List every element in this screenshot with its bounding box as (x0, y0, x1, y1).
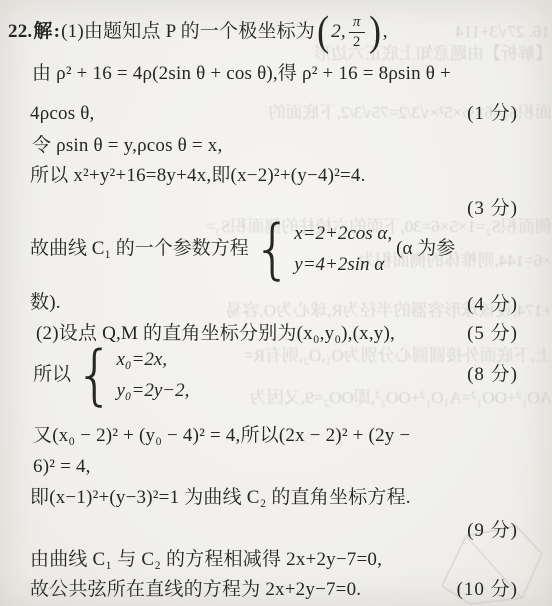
solution-line: 4ρcos θ, (30, 102, 95, 126)
problem-number: 22. (8, 20, 32, 44)
open-paren: ( (317, 11, 329, 53)
equation-y: y=4+2sin α (294, 253, 392, 277)
equation-column: x=2+2cos α, y=4+2sin α (294, 222, 392, 277)
solution-line: 由 ρ² + 16 = 4ρ(2sin θ + cos θ),得 ρ² + 16… (32, 62, 451, 86)
bleed-through-text: 16. 27√3+114 (380, 20, 550, 44)
solution-line: 6)² = 4, (33, 455, 91, 479)
equation-x: x=2+2cos α, (294, 222, 392, 246)
line-text: 所以 (33, 363, 71, 387)
line-text: (1)由题知点 P 的一个极坐标为 (61, 20, 315, 44)
score-mark-9: (9 分) (467, 519, 518, 543)
solution-line: 即(x−1)²+(y−3)²=1 为曲线 C₂ 的直角坐标方程. (30, 486, 411, 510)
equation-x0: x₀=2x, (116, 348, 189, 372)
solution-line: 又(x₀ − 2)² + (y₀ − 4)² = 4,所以(2x − 2)² +… (33, 424, 410, 448)
equation-y0: y₀=2y−2, (116, 379, 189, 403)
solution-line: 由曲线 C₁ 与 C₂ 的方程相减得 2x+2y−7=0, (30, 548, 382, 572)
comma: , (383, 20, 388, 44)
score-mark-8: (8 分) (467, 363, 518, 387)
solution-line: 所以 x²+y²+16=8y+4x,即(x−2)²+(y−4)²=4. (30, 164, 366, 188)
close-paren: ) (369, 11, 381, 53)
equation-column: x₀=2x, y₀=2y−2, (116, 348, 189, 403)
fraction-numerator: π (349, 14, 365, 33)
colon: : (54, 20, 61, 44)
score-mark-1: (1 分) (467, 102, 518, 126)
solution-line: 故公共弦所在直线的方程为 2x+2y−7=0. (30, 578, 361, 602)
solution-label: 解 (33, 20, 52, 44)
brace-left: { (253, 216, 292, 281)
brace-left: { (75, 342, 114, 407)
substitution-system: 所以 { x₀=2x, y₀=2y−2, (33, 342, 189, 408)
score-mark-4: (4 分) (467, 293, 518, 317)
score-mark-3: (3 分) (467, 197, 518, 221)
solution-header-line: 22. 解 : (1)由题知点 P 的一个极坐标为 ( 2, π 2 ) , (8, 6, 388, 58)
parametric-system: 故曲线 C₁ 的一个参数方程 { x=2+2cos α, y=4+2sin α … (30, 213, 455, 285)
scanned-answer-page: 16. 27√3+114 【解析】由题意知上底正六边形 面积S₁=6×½×5²×… (0, 0, 552, 606)
solution-line: 数). (30, 291, 61, 315)
fraction-pi-over-2: π 2 (349, 14, 365, 50)
score-mark-5: (5 分) (467, 322, 518, 346)
score-mark-10: (10 分) (457, 578, 518, 602)
fraction-denominator: 2 (353, 33, 361, 51)
line-text: 故曲线 C₁ 的一个参数方程 (30, 237, 249, 261)
polar-radius: 2, (331, 20, 346, 44)
solution-line: 令 ρsin θ = y,ρcos θ = x, (32, 134, 222, 158)
parameter-note: (α 为参 (396, 237, 455, 261)
